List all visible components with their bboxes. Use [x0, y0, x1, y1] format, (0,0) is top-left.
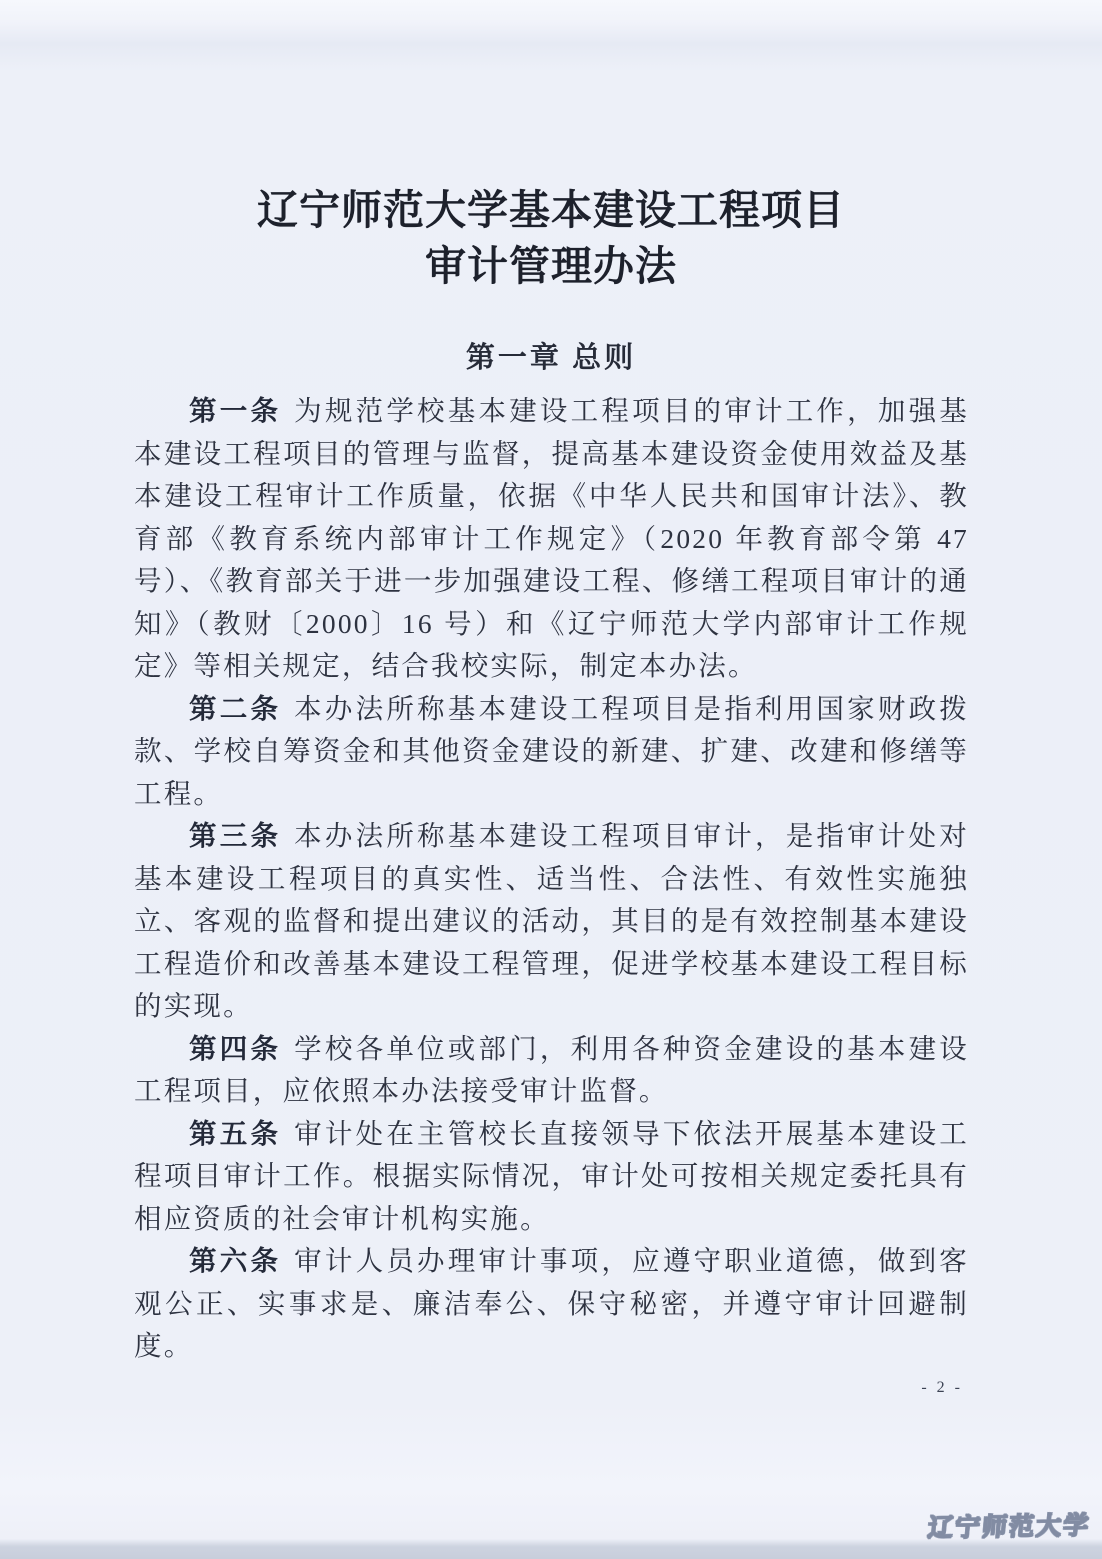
article-5: 第五条审计处在主管校长直接领导下依法开展基本建设工程项目审计工作。根据实际情况，… — [134, 1113, 969, 1241]
article-1-label: 第一条 — [189, 395, 281, 426]
article-2-label: 第二条 — [189, 693, 281, 724]
article-3-label: 第三条 — [189, 820, 281, 851]
article-6: 第六条审计人员办理审计事项，应遵守职业道德，做到客观公正、实事求是、廉洁奉公、保… — [134, 1240, 969, 1368]
document-title-line1: 辽宁师范大学基本建设工程项目 — [0, 182, 1102, 238]
scanned-document-page: 辽宁师范大学基本建设工程项目 审计管理办法 第一章 总则 第一条为规范学校基本建… — [0, 0, 1102, 1559]
article-4-label: 第四条 — [189, 1033, 281, 1064]
document-title: 辽宁师范大学基本建设工程项目 审计管理办法 — [0, 0, 1102, 294]
article-6-label: 第六条 — [189, 1245, 281, 1276]
article-1-text: 为规范学校基本建设工程项目的审计工作，加强基本建设工程项目的管理与监督，提高基本… — [134, 395, 969, 681]
article-1: 第一条为规范学校基本建设工程项目的审计工作，加强基本建设工程项目的管理与监督，提… — [134, 390, 969, 688]
article-3: 第三条本办法所称基本建设工程项目审计，是指审计处对基本建设工程项目的真实性、适当… — [134, 815, 969, 1028]
article-2: 第二条本办法所称基本建设工程项目是指利用国家财政拨款、学校自筹资金和其他资金建设… — [134, 688, 969, 816]
article-4: 第四条学校各单位或部门，利用各种资金建设的基本建设工程项目，应依照本办法接受审计… — [134, 1028, 969, 1113]
document-body: 第一条为规范学校基本建设工程项目的审计工作，加强基本建设工程项目的管理与监督，提… — [134, 390, 969, 1368]
document-title-line2: 审计管理办法 — [0, 238, 1102, 294]
chapter-heading: 第一章 总则 — [0, 338, 1102, 378]
page-number: - 2 - — [921, 1379, 963, 1397]
article-5-label: 第五条 — [189, 1118, 281, 1149]
university-watermark: 辽宁师范大学 — [926, 1510, 1091, 1547]
